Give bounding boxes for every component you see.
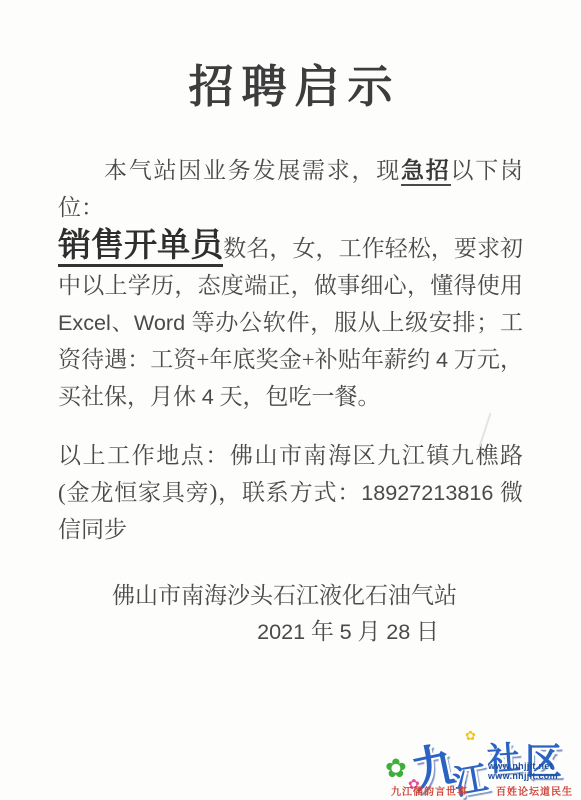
slogan-right: 百姓论坛道民生 <box>496 783 573 798</box>
location-paragraph: 以上工作地点：佛山市南海区九江镇九樵路(金龙恒家具旁)，联系方式：1892721… <box>58 437 523 548</box>
date-year-label: 年 <box>305 619 340 644</box>
intro-text-1: 本气站因业务发展需求，现 <box>104 158 401 183</box>
urgent-hire-emphasis: 急招 <box>401 158 451 186</box>
date-day: 28 <box>386 619 410 644</box>
green-flower-icon: ✿ <box>385 755 407 781</box>
notice-title: 招聘启示 <box>0 60 581 114</box>
date-month: 5 <box>340 619 352 644</box>
position-title: 销售开单员 <box>58 228 223 267</box>
date-year: 2021 <box>257 619 305 644</box>
watermark-url-net: www.nhjjlt.net <box>488 761 553 771</box>
yellow-flower-icon: ✿ <box>465 729 476 742</box>
date-month-label: 月 <box>352 619 387 644</box>
phone-number: 18927213816 <box>361 480 493 505</box>
slogan-left: 九江儒韵言世事 <box>391 783 468 798</box>
company-name: 佛山市南海沙头石江液化石油气站 <box>58 578 457 614</box>
scanned-recruitment-notice: 招聘启示 本气站因业务发展需求，现急招以下岗位： 销售开单员数名，女，工作轻松，… <box>0 0 581 800</box>
date-day-label: 日 <box>410 619 439 644</box>
software-names: Excel、Word <box>58 310 185 335</box>
watermark-slogan: 九江儒韵言世事百姓论坛道民生 <box>391 783 573 798</box>
intro-paragraph: 本气站因业务发展需求，现急招以下岗位： <box>58 152 523 226</box>
position-paragraph: 销售开单员数名，女，工作轻松，要求初中以上学历，态度端正，做事细心，懂得使用 E… <box>58 228 523 415</box>
notice-body: 本气站因业务发展需求，现急招以下岗位： 销售开单员数名，女，工作轻松，要求初中以… <box>0 152 581 650</box>
notice-date: 2021 年 5 月 28 日 <box>58 614 457 650</box>
rest-days: 4 <box>202 384 214 409</box>
watermark-url-com: www.nhjjlt.com <box>488 771 558 781</box>
jiujiang-community-watermark: ✿ ✿ ✿ 九 江 社 区 www.nhjjlt.net www.nhjjlt.… <box>385 735 579 799</box>
salary-amount: 4 <box>436 347 448 372</box>
position-text-4: 天，包吃一餐。 <box>214 384 381 409</box>
signature-block: 佛山市南海沙头石江液化石油气站 2021 年 5 月 28 日 <box>58 578 523 650</box>
